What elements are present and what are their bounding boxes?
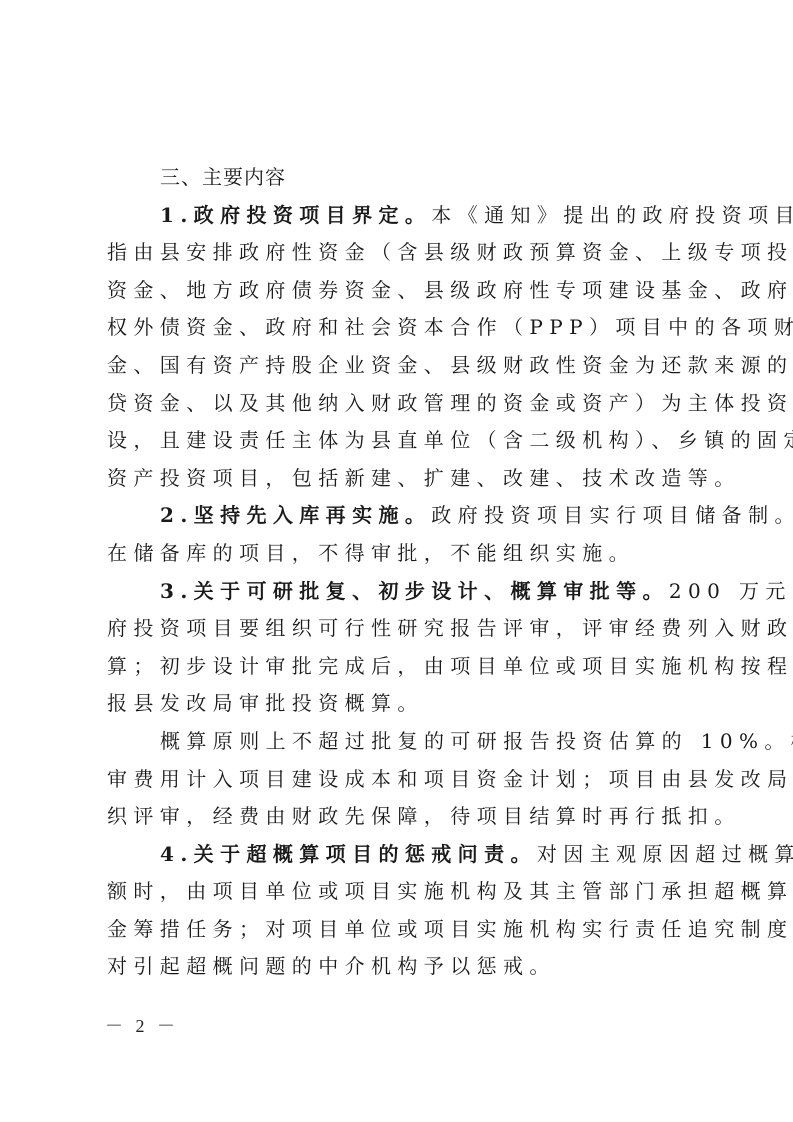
paragraph-4-line-4: 对引起超概问题的中介机构予以惩戒。	[107, 948, 693, 986]
page-number: － 2 －	[105, 1012, 179, 1038]
paragraph-3b-line-1: 概算原则上不超过批复的可研报告投资估算的 10%。概算评	[107, 723, 693, 761]
paragraph-4-line-3: 金筹措任务；对项目单位或项目实施机构实行责任追究制度；	[107, 911, 693, 949]
paragraph-3-text: 200 万元以上政	[669, 579, 793, 603]
paragraph-1-line-8: 资产投资项目，包括新建、扩建、改建、技术改造等。	[107, 460, 693, 498]
paragraph-3-line-3: 算；初步设计审批完成后，由项目单位或项目实施机构按程序	[107, 648, 693, 686]
paragraph-3-line-1: 3.关于可研批复、初步设计、概算审批等。200 万元以上政	[107, 573, 693, 611]
paragraph-1-text: 本《通知》提出的政府投资项目是	[431, 203, 793, 227]
paragraph-2-lead: 2.坚持先入库再实施。	[160, 503, 431, 527]
paragraph-4-line-1: 4.关于超概算项目的惩戒问责。对因主观原因超过概算金	[107, 836, 693, 874]
paragraph-2-text: 政府投资项目实行项目储备制。不	[431, 503, 793, 527]
paragraph-3-lead: 3.关于可研批复、初步设计、概算审批等。	[160, 579, 669, 603]
paragraph-3-line-2: 府投资项目要组织可行性研究报告评审，评审经费列入财政预	[107, 610, 693, 648]
paragraph-1-line-1: 1.政府投资项目界定。本《通知》提出的政府投资项目是	[107, 197, 693, 235]
paragraph-1-line-7: 设，且建设责任主体为县直单位（含二级机构）、乡镇的固定	[107, 422, 693, 460]
paragraph-1-line-4: 权外债资金、政府和社会资本合作（PPP）项目中的各项财政资	[107, 309, 693, 347]
paragraph-3b-line-3: 织评审，经费由财政先保障，待项目结算时再行抵扣。	[107, 798, 693, 836]
paragraph-4-lead: 4.关于超概算项目的惩戒问责。	[160, 842, 537, 866]
page-content: 三、主要内容 1.政府投资项目界定。本《通知》提出的政府投资项目是 指由县安排政…	[107, 159, 693, 986]
paragraph-1-line-2: 指由县安排政府性资金（含县级财政预算资金、上级专项投资	[107, 234, 693, 272]
paragraph-3b-line-2: 审费用计入项目建设成本和项目资金计划；项目由县发改局组	[107, 761, 693, 799]
paragraph-1-line-5: 金、国有资产持股企业资金、县级财政性资金为还款来源的借	[107, 347, 693, 385]
paragraph-2-line-2: 在储备库的项目，不得审批，不能组织实施。	[107, 535, 693, 573]
paragraph-4-text: 对因主观原因超过概算金	[537, 842, 793, 866]
paragraph-1-line-6: 贷资金、以及其他纳入财政管理的资金或资产）为主体投资建	[107, 385, 693, 423]
paragraph-2-line-1: 2.坚持先入库再实施。政府投资项目实行项目储备制。不	[107, 497, 693, 535]
paragraph-4-line-2: 额时，由项目单位或项目实施机构及其主管部门承担超概算资	[107, 873, 693, 911]
paragraph-1-lead: 1.政府投资项目界定。	[160, 203, 431, 227]
paragraph-3-line-4: 报县发改局审批投资概算。	[107, 685, 693, 723]
section-heading: 三、主要内容	[107, 159, 693, 197]
document-page: 三、主要内容 1.政府投资项目界定。本《通知》提出的政府投资项目是 指由县安排政…	[0, 0, 793, 1122]
paragraph-1-line-3: 资金、地方政府债券资金、县级政府性专项建设基金、政府主	[107, 272, 693, 310]
